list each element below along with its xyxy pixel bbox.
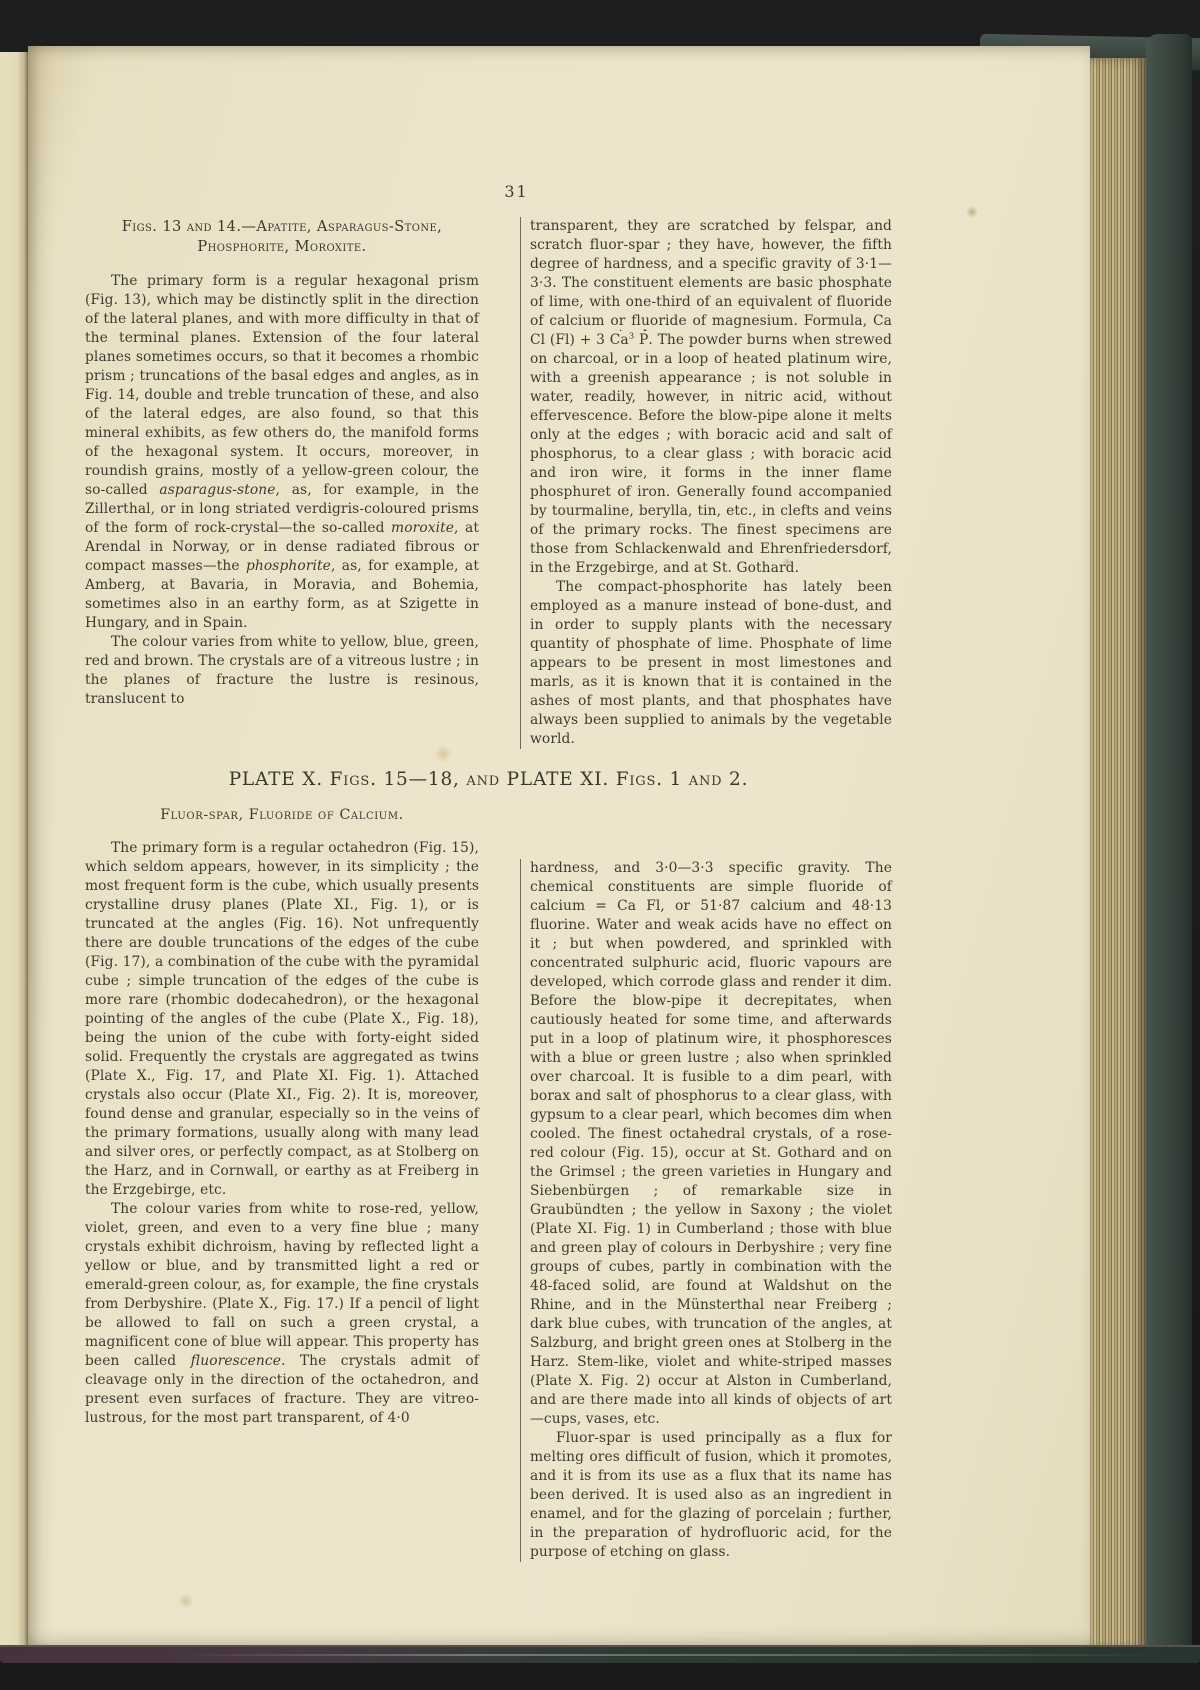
cover-bottom-highlight	[180, 1654, 1160, 1656]
paragraph: The primary form is a regular hexagonal …	[85, 272, 479, 633]
section-subheading: Fluor-spar, Fluoride of Calcium.	[85, 807, 479, 823]
page-stain	[966, 206, 978, 218]
plate-heading: PLATE X. Figs. 15—18, and PLATE XI. Figs…	[85, 769, 892, 790]
book-cover-bottom-edge	[0, 1645, 1200, 1690]
book-page: 31 Figs. 13 and 14.—Apatite, Asparagus-S…	[28, 46, 1090, 1646]
paragraph: The compact-phosphorite has lately been …	[530, 578, 892, 749]
paragraph: The colour varies from white to rose-red…	[85, 1200, 479, 1428]
page-number: 31	[113, 182, 920, 201]
paragraph: transparent, they are scratched by felsp…	[530, 217, 892, 578]
section-fluor-spar: Fluor-spar, Fluoride of Calcium. The pri…	[85, 807, 892, 1562]
book-cover-right-edge	[1146, 34, 1192, 1660]
section-apatite: Figs. 13 and 14.—Apatite, Asparagus-Ston…	[85, 217, 892, 749]
page-stain	[178, 1594, 194, 1608]
left-column: Figs. 13 and 14.—Apatite, Asparagus-Ston…	[85, 217, 479, 749]
paragraph: hardness, and 3·0—3·3 specific gravity. …	[530, 859, 892, 1429]
book-photo: 31 Figs. 13 and 14.—Apatite, Asparagus-S…	[0, 0, 1200, 1690]
paragraph: The colour varies from white to yellow, …	[85, 633, 479, 709]
two-column-layout: Fluor-spar, Fluoride of Calcium. The pri…	[85, 807, 892, 1562]
two-column-layout: Figs. 13 and 14.—Apatite, Asparagus-Ston…	[85, 217, 892, 749]
page-content: 31 Figs. 13 and 14.—Apatite, Asparagus-S…	[85, 46, 892, 1562]
left-page-edge	[0, 52, 28, 1648]
section-heading: Figs. 13 and 14.—Apatite, Asparagus-Ston…	[91, 217, 473, 257]
left-column: Fluor-spar, Fluoride of Calcium. The pri…	[85, 807, 479, 1562]
page-stack-edge	[1088, 58, 1146, 1650]
paragraph: The primary form is a regular octahedron…	[85, 839, 479, 1200]
paragraph: Fluor-spar is used principally as a flux…	[530, 1429, 892, 1562]
right-column: hardness, and 3·0—3·3 specific gravity. …	[520, 859, 892, 1562]
right-column: transparent, they are scratched by felsp…	[520, 217, 892, 749]
